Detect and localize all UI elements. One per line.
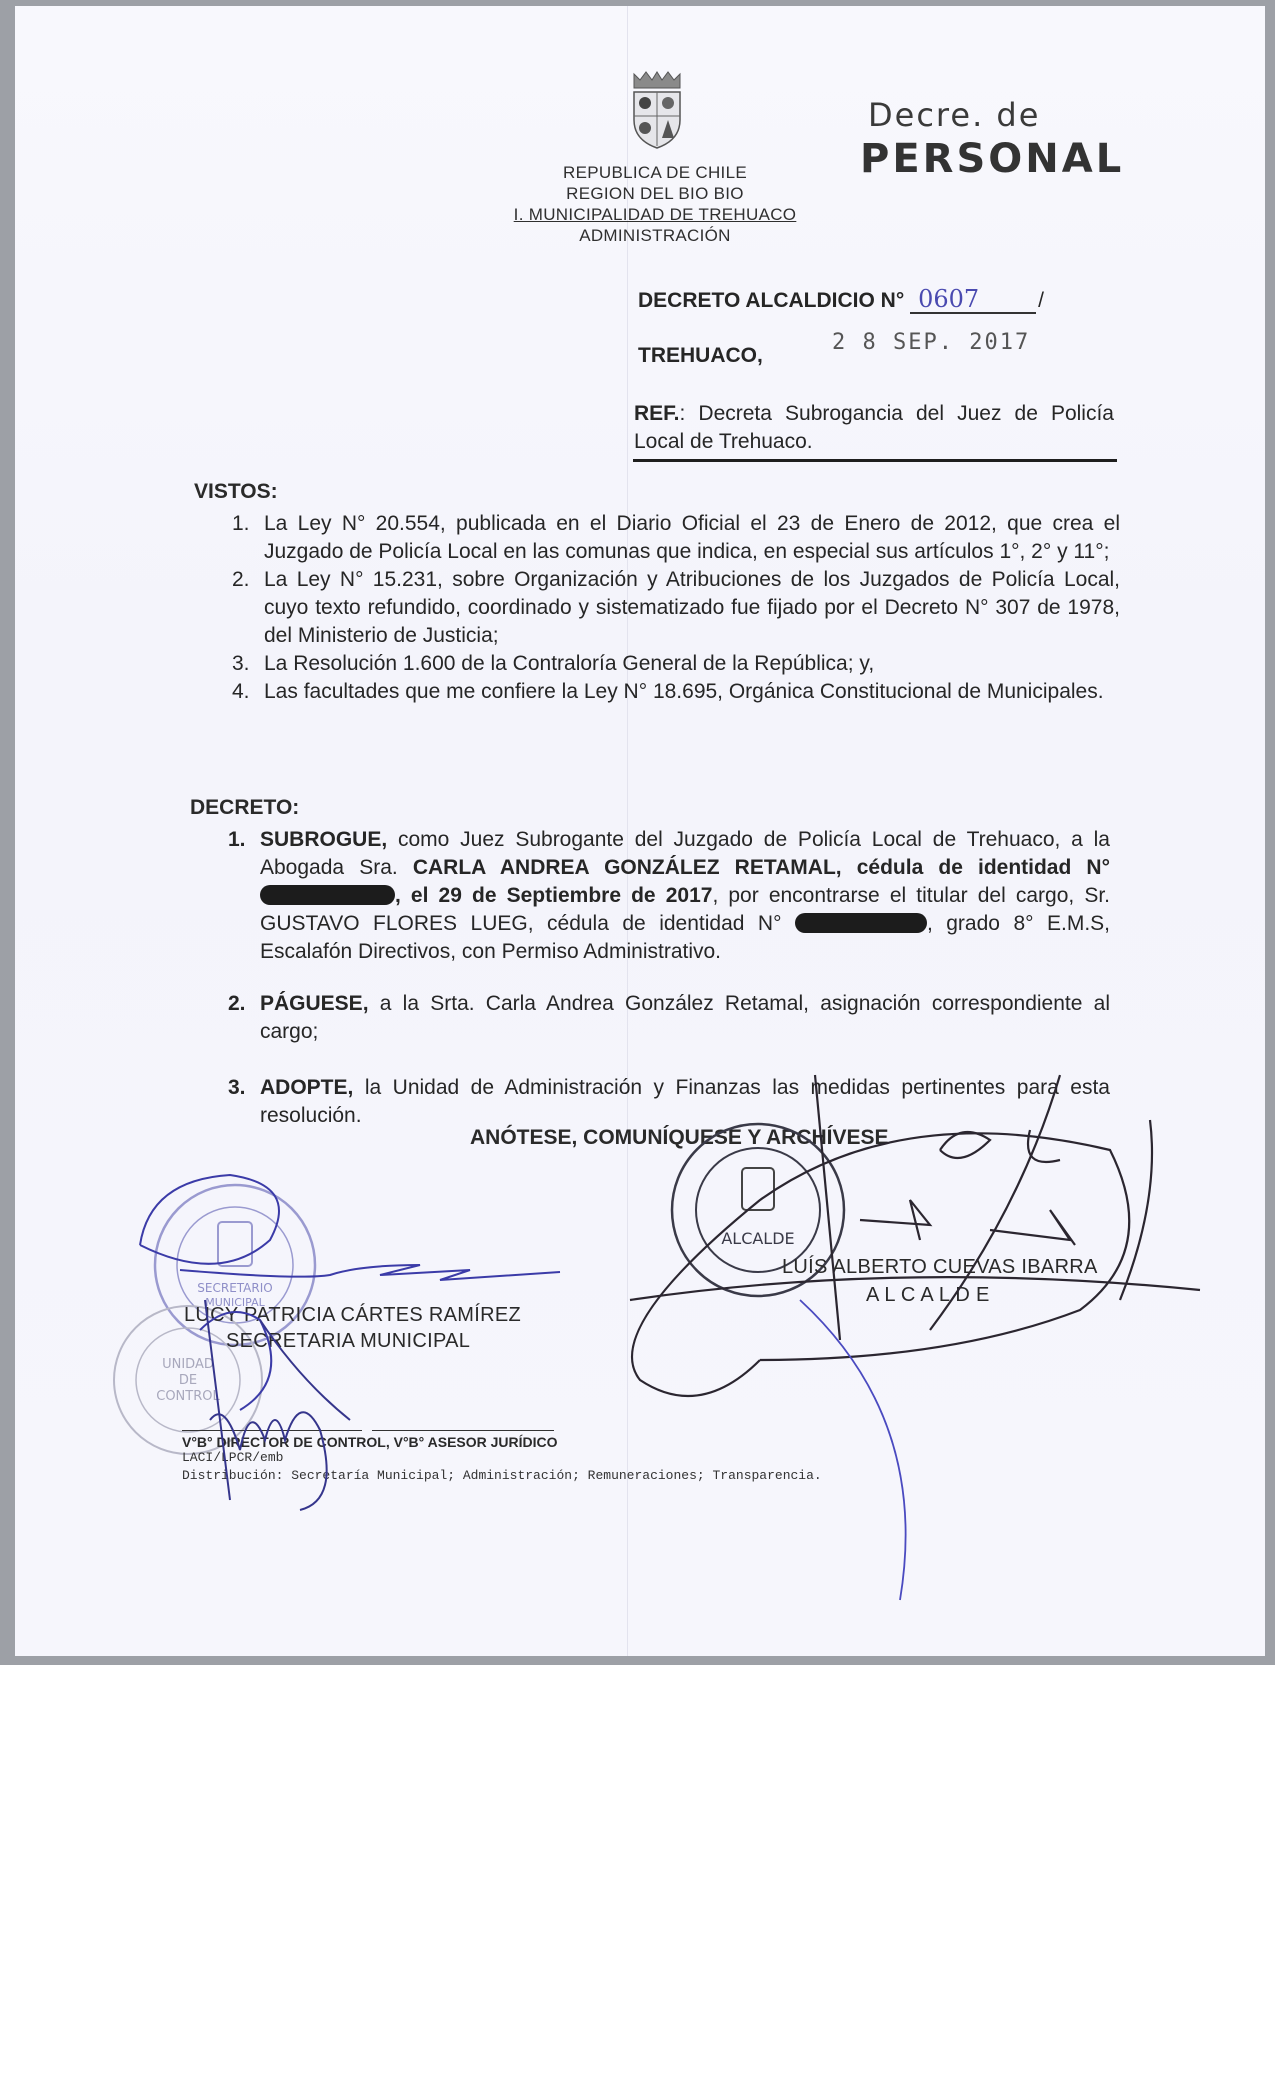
redacted-id: [redactado] (260, 885, 395, 905)
header-municipality: I. MUNICIPALIDAD DE TREHUACO (480, 205, 830, 225)
ref-underline (633, 459, 1117, 462)
decree-number-line: DECRETO ALCALDICIO N° 0607/ (638, 286, 1044, 315)
decreto-item: 1.SUBROGUE, como Juez Subrogante del Juz… (216, 826, 1110, 966)
city-label: TREHUACO, (638, 342, 763, 370)
decree-number-label: DECRETO ALCALDICIO N° (638, 289, 904, 312)
svg-text:ALCALDE: ALCALDE (721, 1229, 794, 1248)
stamp-personal: PERSONAL (860, 136, 1124, 182)
slash: / (1038, 289, 1044, 312)
header-region: REGION DEL BIO BIO (480, 184, 830, 204)
vistos-heading: VISTOS: (194, 480, 278, 504)
svg-text:SECRETARIO: SECRETARIO (197, 1281, 272, 1295)
ref-text: : Decreta Subrogancia del Juez de Policí… (634, 402, 1114, 453)
signature-line-control (182, 1430, 362, 1431)
municipal-crest-icon (626, 70, 688, 150)
redacted-id: [redactado] (795, 913, 927, 933)
stamp-decre-de: Decre. de (868, 96, 1040, 134)
mayor-name: LUÍS ALBERTO CUEVAS IBARRA (782, 1256, 1098, 1279)
svg-text:UNIDAD: UNIDAD (162, 1357, 214, 1372)
decree-number-handwritten: 0607 (910, 286, 1036, 314)
signature-line-legal (372, 1430, 554, 1431)
secretary-name: LUCY PATRICIA CÁRTES RAMÍREZ (184, 1304, 521, 1327)
distribution: Distribución: Secretaría Municipal; Admi… (182, 1468, 822, 1483)
initials: LACI/LPCR/emb (182, 1450, 283, 1465)
secretary-title: SECRETARIA MUNICIPAL (226, 1330, 470, 1353)
svg-text:CONTROL: CONTROL (156, 1389, 220, 1404)
vistos-item: 3.La Resolución 1.600 de la Contraloría … (220, 650, 1120, 678)
mayor-title: A L C A L D E (866, 1284, 990, 1307)
approvals-label: V°B° DIRECTOR DE CONTROL, V°B° ASESOR JU… (182, 1434, 558, 1450)
reference: REF.: Decreta Subrogancia del Juez de Po… (634, 400, 1114, 456)
vistos-item: 1.La Ley N° 20.554, publicada en el Diar… (220, 510, 1120, 566)
vistos-item: 2.La Ley N° 15.231, sobre Organización y… (220, 566, 1120, 650)
decreto-heading: DECRETO: (190, 796, 299, 820)
decreto-item: 2.PÁGUESE, a la Srta. Carla Andrea Gonzá… (216, 990, 1110, 1046)
vistos-item: 4.Las facultades que me confiere la Ley … (220, 678, 1120, 706)
decreto-item: 3.ADOPTE, la Unidad de Administración y … (216, 1074, 1110, 1130)
header-department: ADMINISTRACIÓN (480, 226, 830, 246)
svg-text:DE: DE (179, 1373, 197, 1388)
header-republic: REPUBLICA DE CHILE (480, 163, 830, 183)
ref-label: REF. (634, 402, 680, 425)
vistos-list: 1.La Ley N° 20.554, publicada en el Diar… (220, 510, 1120, 706)
date-stamp: 2 8 SEP. 2017 (832, 330, 1030, 355)
decreto-list: 1.SUBROGUE, como Juez Subrogante del Juz… (216, 826, 1110, 1130)
